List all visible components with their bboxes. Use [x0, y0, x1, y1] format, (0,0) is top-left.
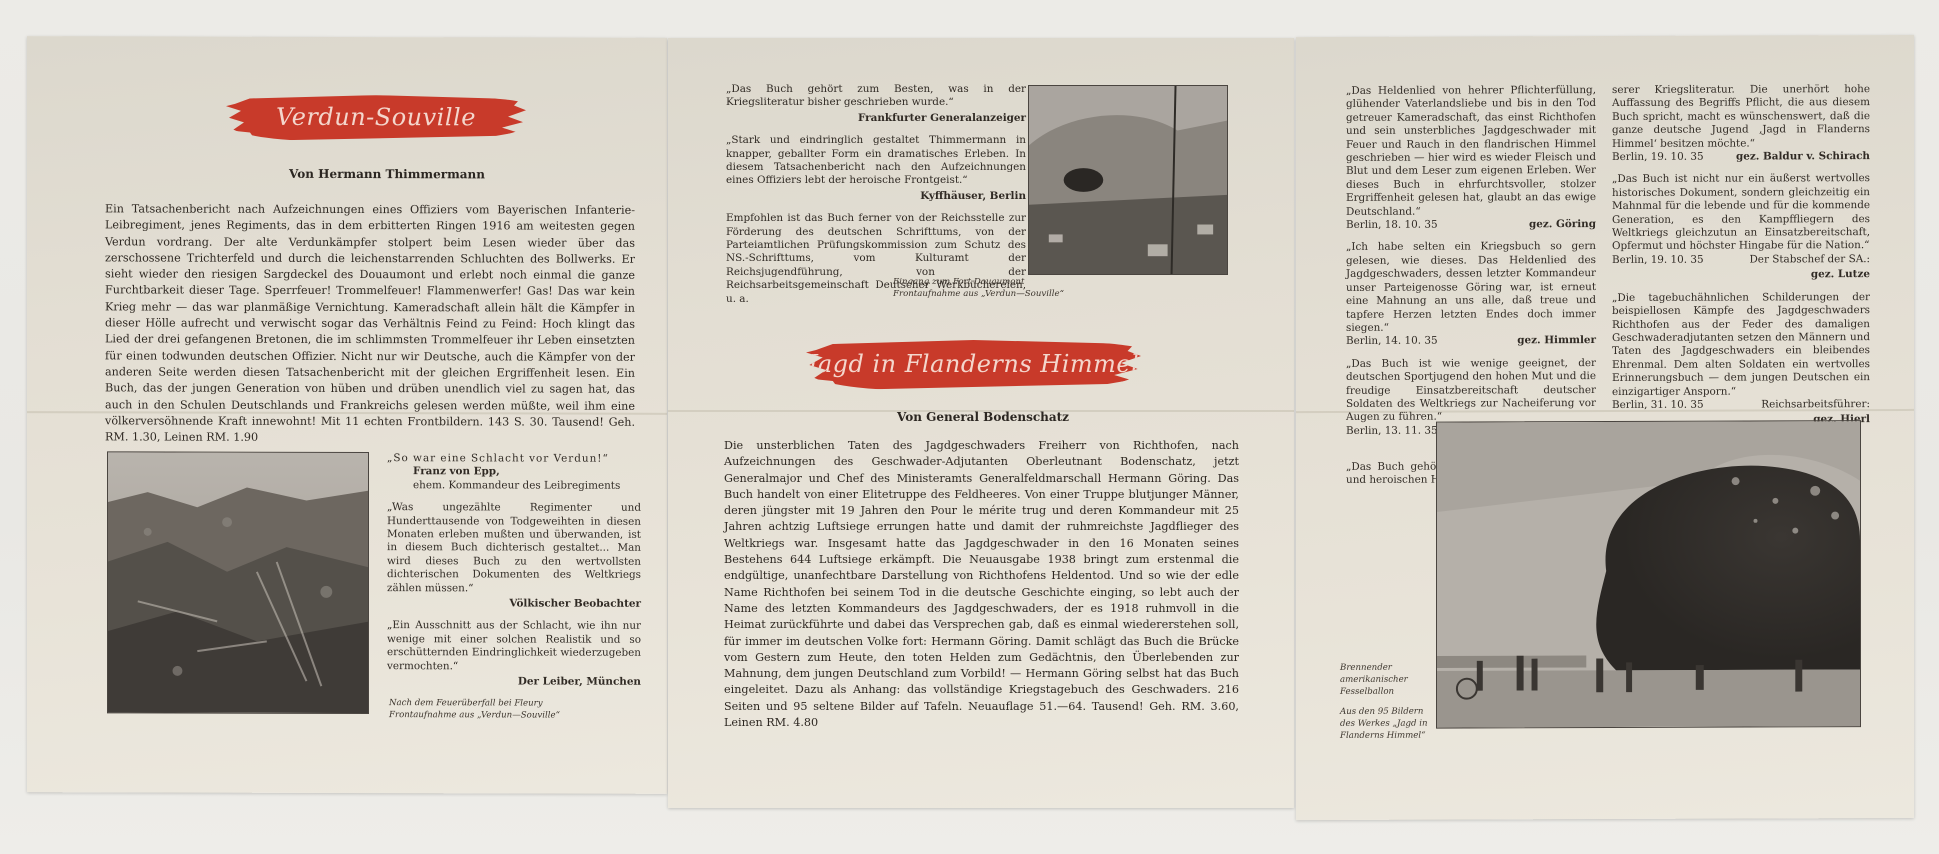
quote-author-epp: Franz von Epp, — [413, 466, 641, 480]
signature-role-lutze: gez. Lutze — [1612, 268, 1870, 282]
panel-endorsements: „Das Heldenlied von hehrer Pflichterfüll… — [1296, 35, 1914, 820]
signature-himmler: Berlin, 14. 10. 35gez. Himmler — [1346, 334, 1596, 348]
signature-lutze: Berlin, 19. 10. 35Der Stabschef der SA.: — [1612, 253, 1870, 267]
byline-thimmermann: Von Hermann Thimmermann — [167, 167, 607, 182]
quote-leiber: „Ein Ausschnitt aus der Schlacht, wie ih… — [387, 620, 641, 674]
banner-verdun-souville: Verdun-Souville — [226, 95, 526, 142]
quote-epp: „So war eine Schlacht vor Verdun!“ — [387, 452, 641, 466]
signature-hierl: Berlin, 31. 10. 35Reichsarbeitsführer: — [1612, 398, 1870, 412]
panel-verdun-souville: Verdun-Souville Von Hermann Thimmermann … — [27, 36, 667, 794]
signature-schirach: Berlin, 19. 10. 35gez. Baldur v. Schirac… — [1612, 150, 1870, 164]
body-text-verdun: Ein Tatsachenbericht nach Aufzeichnungen… — [105, 201, 635, 447]
quote-source-leiber: Der Leiber, München — [387, 675, 641, 689]
quote-author-role-epp: ehem. Kommandeur des Leibregiments — [413, 479, 641, 493]
endorsement-lutze: „Das Buch ist nicht nur ein äußerst wert… — [1612, 173, 1870, 254]
byline-bodenschatz: Von General Bodenschatz — [758, 410, 1208, 424]
banner-jagd-flanderns-himmel: Jagd in Flanderns Himmel — [806, 340, 1141, 390]
photo-fleury-rubble — [107, 451, 369, 714]
endorsement-goering: „Das Heldenlied von hehrer Pflichterfüll… — [1346, 84, 1596, 219]
caption-douaumont: Eingang zum Fort Douaumont Frontaufnahme… — [893, 276, 1093, 300]
body-text-jagd: Die unsterblichen Taten des Jagdgeschwad… — [724, 438, 1239, 731]
quotes-center: „Das Buch gehört zum Besten, was in der … — [726, 83, 1026, 306]
rubble-photo-icon — [108, 452, 368, 713]
endorsement-schirach: serer Kriegsliteratur. Die unerhört hohe… — [1612, 83, 1870, 151]
endorsements-col2: serer Kriegsliteratur. Die unerhört hohe… — [1612, 83, 1870, 428]
caption-fleury: Nach dem Feuerüberfall bei Fleury Fronta… — [389, 697, 639, 722]
endorsement-himmler: „Ich habe selten ein Kriegsbuch so gern … — [1346, 241, 1596, 336]
panel-jagd-flanderns-himmel: „Das Buch gehört zum Besten, was in der … — [668, 38, 1294, 808]
endorsement-tschammer: „Das Buch ist wie wenige geeignet, der d… — [1346, 357, 1596, 425]
balloon-photo-icon — [1437, 421, 1860, 727]
signature-goering: Berlin, 18. 10. 35gez. Göring — [1346, 218, 1596, 232]
quotes-verdun: „So war eine Schlacht vor Verdun!“ Franz… — [387, 452, 641, 689]
quote-source-frankfurter: Frankfurter Generalanzeiger — [726, 112, 1026, 125]
quote-voelkischer: „Was ungezählte Regimenter und Hundertta… — [387, 501, 641, 596]
photo-burning-balloon — [1436, 420, 1861, 728]
quote-source-voelkischer: Völkischer Beobachter — [387, 597, 641, 611]
quote-source-kyffhaeuser: Kyffhäuser, Berlin — [726, 190, 1026, 203]
photo-fort-douaumont — [1028, 85, 1228, 275]
quote-frankfurter: „Das Buch gehört zum Besten, was in der … — [726, 83, 1026, 110]
quote-kyffhaeuser: „Stark und eindringlich gestaltet Thimme… — [726, 134, 1026, 188]
caption-fesselballon: Brennender amerikanischer Fesselballon A… — [1340, 662, 1440, 742]
endorsement-hierl: „Die tagebuchähnlichen Schilderungen der… — [1612, 291, 1870, 399]
fort-photo-icon — [1029, 86, 1227, 274]
